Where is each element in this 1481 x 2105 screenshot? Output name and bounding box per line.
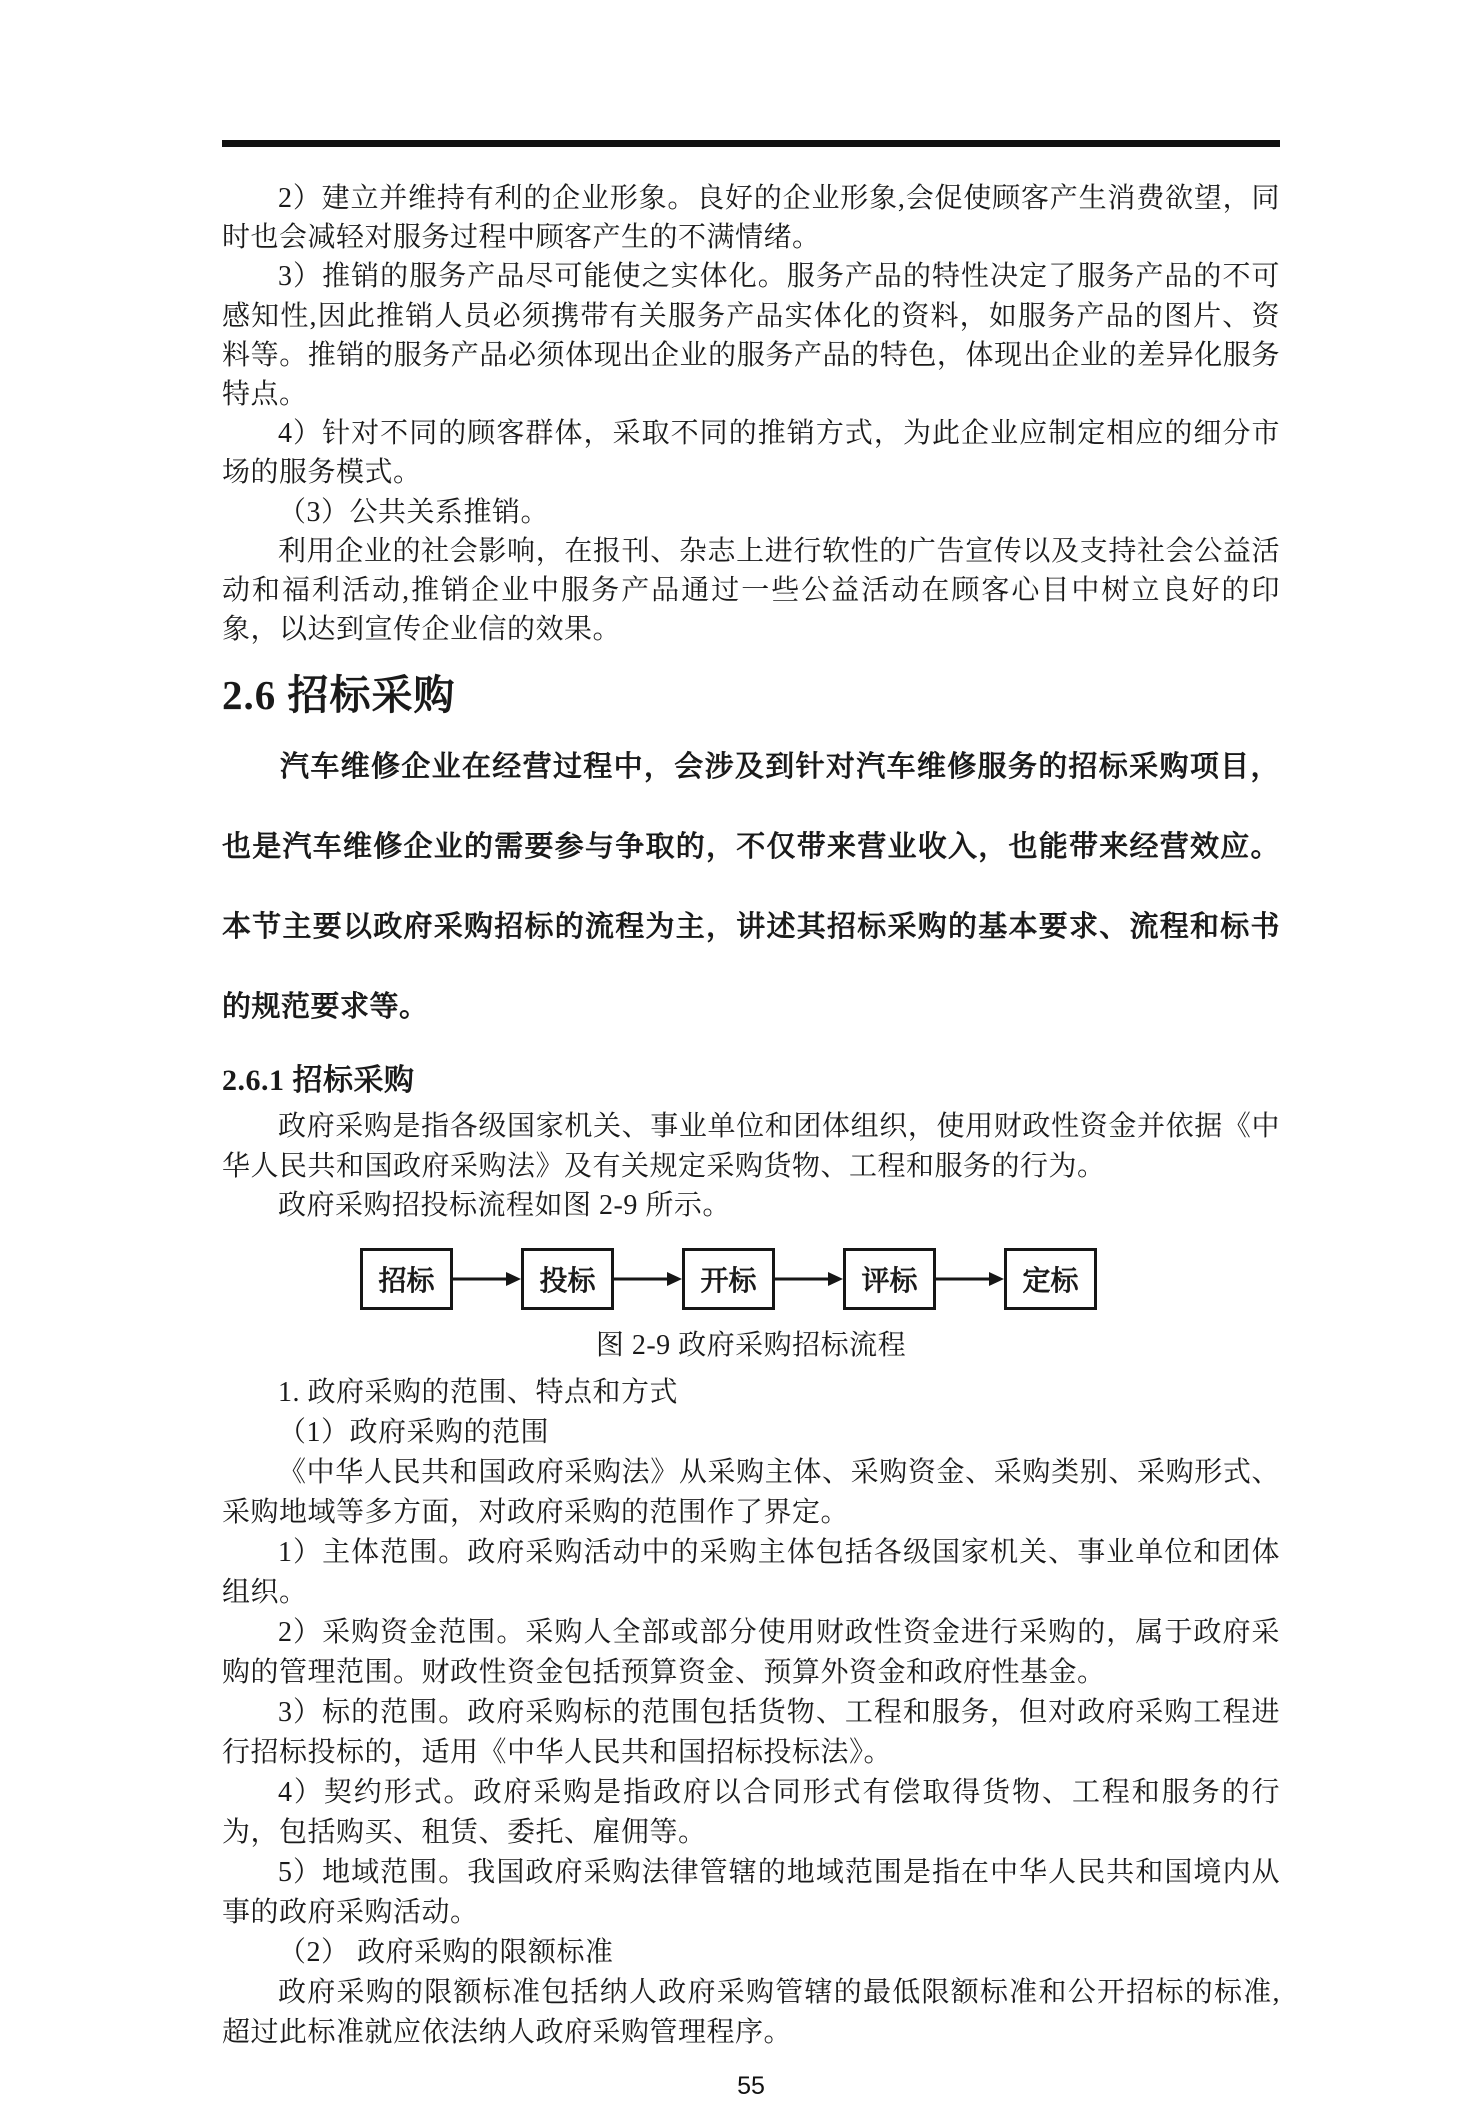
page-number: 55 (222, 2071, 1280, 2101)
header-rule (222, 140, 1280, 147)
figure-caption: 图 2-9 政府采购招标流程 (222, 1329, 1280, 1363)
paragraph: 4）契约形式。政府采购是指政府以合同形式有偿取得货物、工程和服务的行为，包括购买… (222, 1773, 1280, 1853)
flow-arrow-icon (936, 1268, 1004, 1290)
section-intro-paragraph: 汽车维修企业在经营过程中，会涉及到针对汽车维修服务的招标采购项目，也是汽车维修企… (222, 727, 1280, 1047)
flow-step-box: 招标 (360, 1248, 453, 1310)
paragraph: 政府采购是指各级国家机关、事业单位和团体组织，使用财政性资金并依据《中华人民共和… (222, 1107, 1280, 1185)
flow-arrow-icon (453, 1268, 521, 1290)
section-heading: 2.6 招标采购 (222, 671, 1280, 719)
document-page: 2）建立并维持有利的企业形象。良好的企业形象,会促使顾客产生消费欲望，同时也会减… (0, 0, 1481, 2105)
paragraph: 3）标的范围。政府采购标的范围包括货物、工程和服务，但对政府采购工程进行招标投标… (222, 1693, 1280, 1773)
flow-arrow-icon (614, 1268, 682, 1290)
paragraph: 利用企业的社会影响，在报刊、杂志上进行软性的广告宣传以及支持社会公益活动和福利活… (222, 532, 1280, 650)
paragraph: 3）推销的服务产品尽可能使之实体化。服务产品的特性决定了服务产品的不可感知性,因… (222, 257, 1280, 414)
subsection-heading: 2.6.1 招标采购 (222, 1063, 1280, 1099)
flow-step-box: 评标 (843, 1248, 936, 1310)
flow-step-box: 投标 (521, 1248, 614, 1310)
paragraph: 1. 政府采购的范围、特点和方式 (222, 1373, 1280, 1413)
paragraph: （2） 政府采购的限额标准 (222, 1933, 1280, 1973)
flow-arrow-icon (775, 1268, 843, 1290)
paragraph: 《中华人民共和国政府采购法》从采购主体、采购资金、采购类别、采购形式、采购地域等… (222, 1453, 1280, 1533)
paragraph: （1）政府采购的范围 (222, 1413, 1280, 1453)
paragraph: 政府采购招投标流程如图 2-9 所示。 (222, 1186, 1280, 1225)
paragraph: 1）主体范围。政府采购活动中的采购主体包括各级国家机关、事业单位和团体组织。 (222, 1533, 1280, 1613)
flow-step-box: 定标 (1004, 1248, 1097, 1310)
paragraph: 5）地域范围。我国政府采购法律管辖的地域范围是指在中华人民共和国境内从事的政府采… (222, 1853, 1280, 1933)
figure-flowchart: 招标 投标 开标 评标 定标 (360, 1247, 1280, 1311)
paragraph: 2）采购资金范围。采购人全部或部分使用财政性资金进行采购的，属于政府采购的管理范… (222, 1613, 1280, 1693)
paragraph: 2）建立并维持有利的企业形象。良好的企业形象,会促使顾客产生消费欲望，同时也会减… (222, 179, 1280, 257)
paragraph: （3）公共关系推销。 (222, 493, 1280, 532)
flow-step-box: 开标 (682, 1248, 775, 1310)
paragraph: 政府采购的限额标准包括纳人政府采购管辖的最低限额标准和公开招标的标准,超过此标准… (222, 1973, 1280, 2053)
paragraph: 4）针对不同的顾客群体，采取不同的推销方式，为此企业应制定相应的细分市场的服务模… (222, 414, 1280, 492)
